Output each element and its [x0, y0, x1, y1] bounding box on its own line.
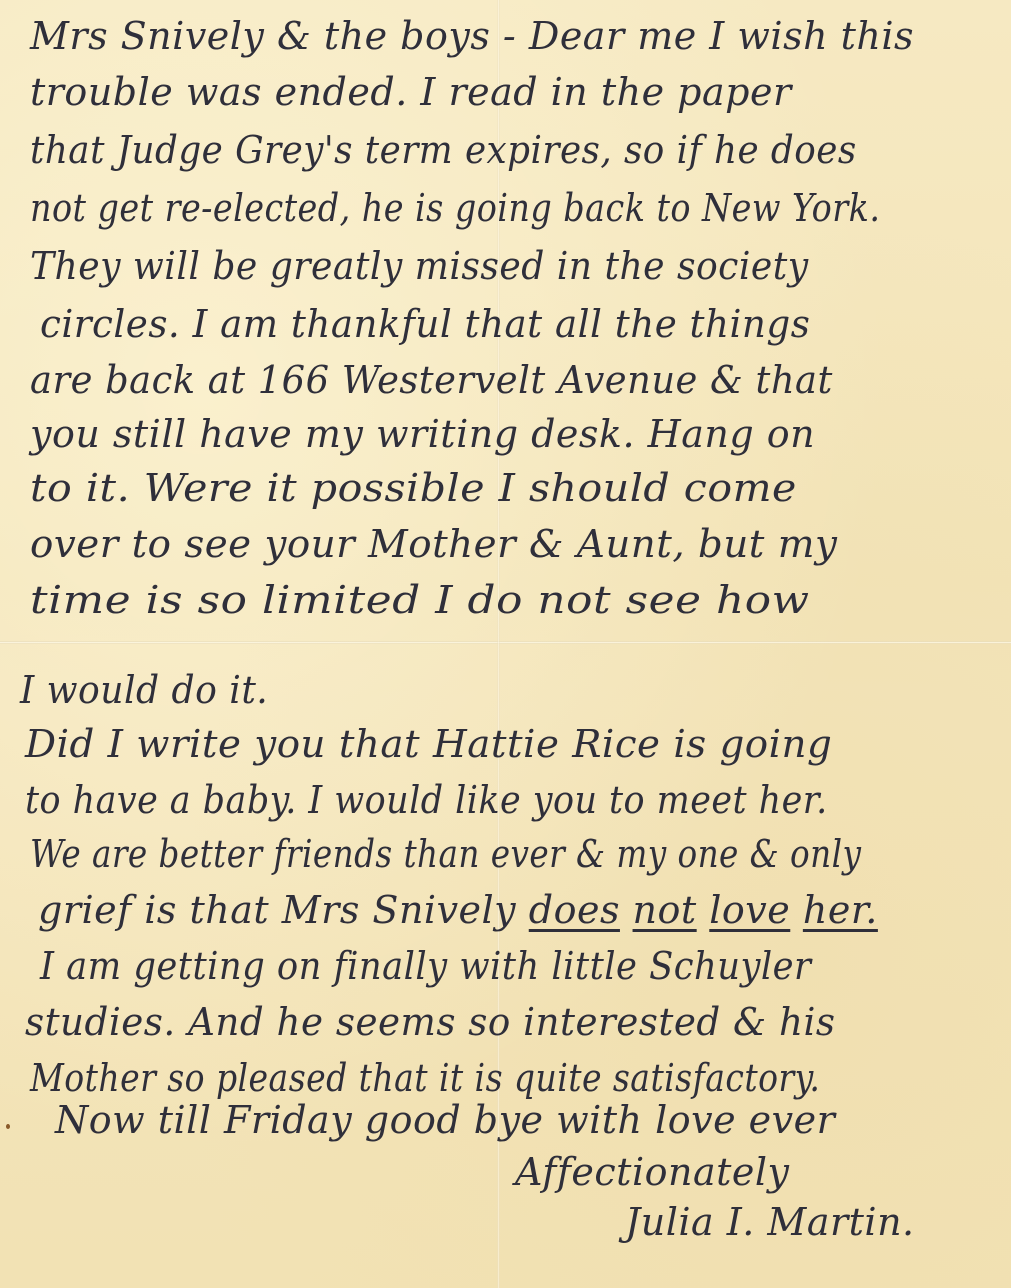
letter-line: you still have my writing desk. Hang on	[30, 412, 815, 456]
letter-line: Mrs Snively & the boys - Dear me I wish …	[30, 14, 914, 58]
letter-line: that Judge Grey's term expires, so if he…	[30, 128, 857, 172]
underlined-word: does	[529, 888, 620, 932]
underlined-word: love	[709, 888, 790, 932]
letter-line: to it. Were it possible I should come	[30, 466, 797, 510]
letter-line-with-emphasis: grief is that Mrs Snively does not love …	[38, 888, 878, 932]
letter-text: grief is that Mrs Snively	[38, 888, 516, 932]
ink-spot	[6, 1124, 10, 1129]
letter-line: I would do it.	[20, 668, 268, 712]
letter-line: We are better friends than ever & my one…	[30, 832, 861, 876]
letter-line: trouble was ended. I read in the paper	[30, 70, 792, 114]
letter-line: They will be greatly missed in the socie…	[30, 244, 809, 288]
underlined-word: not	[633, 888, 697, 932]
signature: Julia I. Martin.	[625, 1200, 915, 1244]
horizontal-fold-crease	[0, 641, 1011, 644]
letter-line: over to see your Mother & Aunt, but my	[30, 522, 837, 566]
letter-line: Now till Friday good bye with love ever	[55, 1098, 835, 1142]
letter-page: Mrs Snively & the boys - Dear me I wish …	[0, 0, 1011, 1288]
letter-line: Did I write you that Hattie Rice is goin…	[25, 722, 832, 766]
letter-line: studies. And he seems so interested & hi…	[25, 1000, 835, 1044]
letter-line: are back at 166 Westervelt Avenue & that	[30, 358, 833, 402]
letter-line: circles. I am thankful that all the thin…	[40, 302, 810, 346]
letter-line: I am getting on finally with little Schu…	[40, 944, 811, 988]
closing-salutation: Affectionately	[515, 1150, 789, 1194]
letter-line: not get re-elected, he is going back to …	[30, 186, 880, 230]
underlined-word: her.	[803, 888, 878, 932]
letter-line: Mother so pleased that it is quite satis…	[30, 1056, 820, 1100]
letter-line: time is so limited I do not see how	[30, 578, 810, 622]
letter-line: to have a baby. I would like you to meet…	[25, 778, 828, 822]
